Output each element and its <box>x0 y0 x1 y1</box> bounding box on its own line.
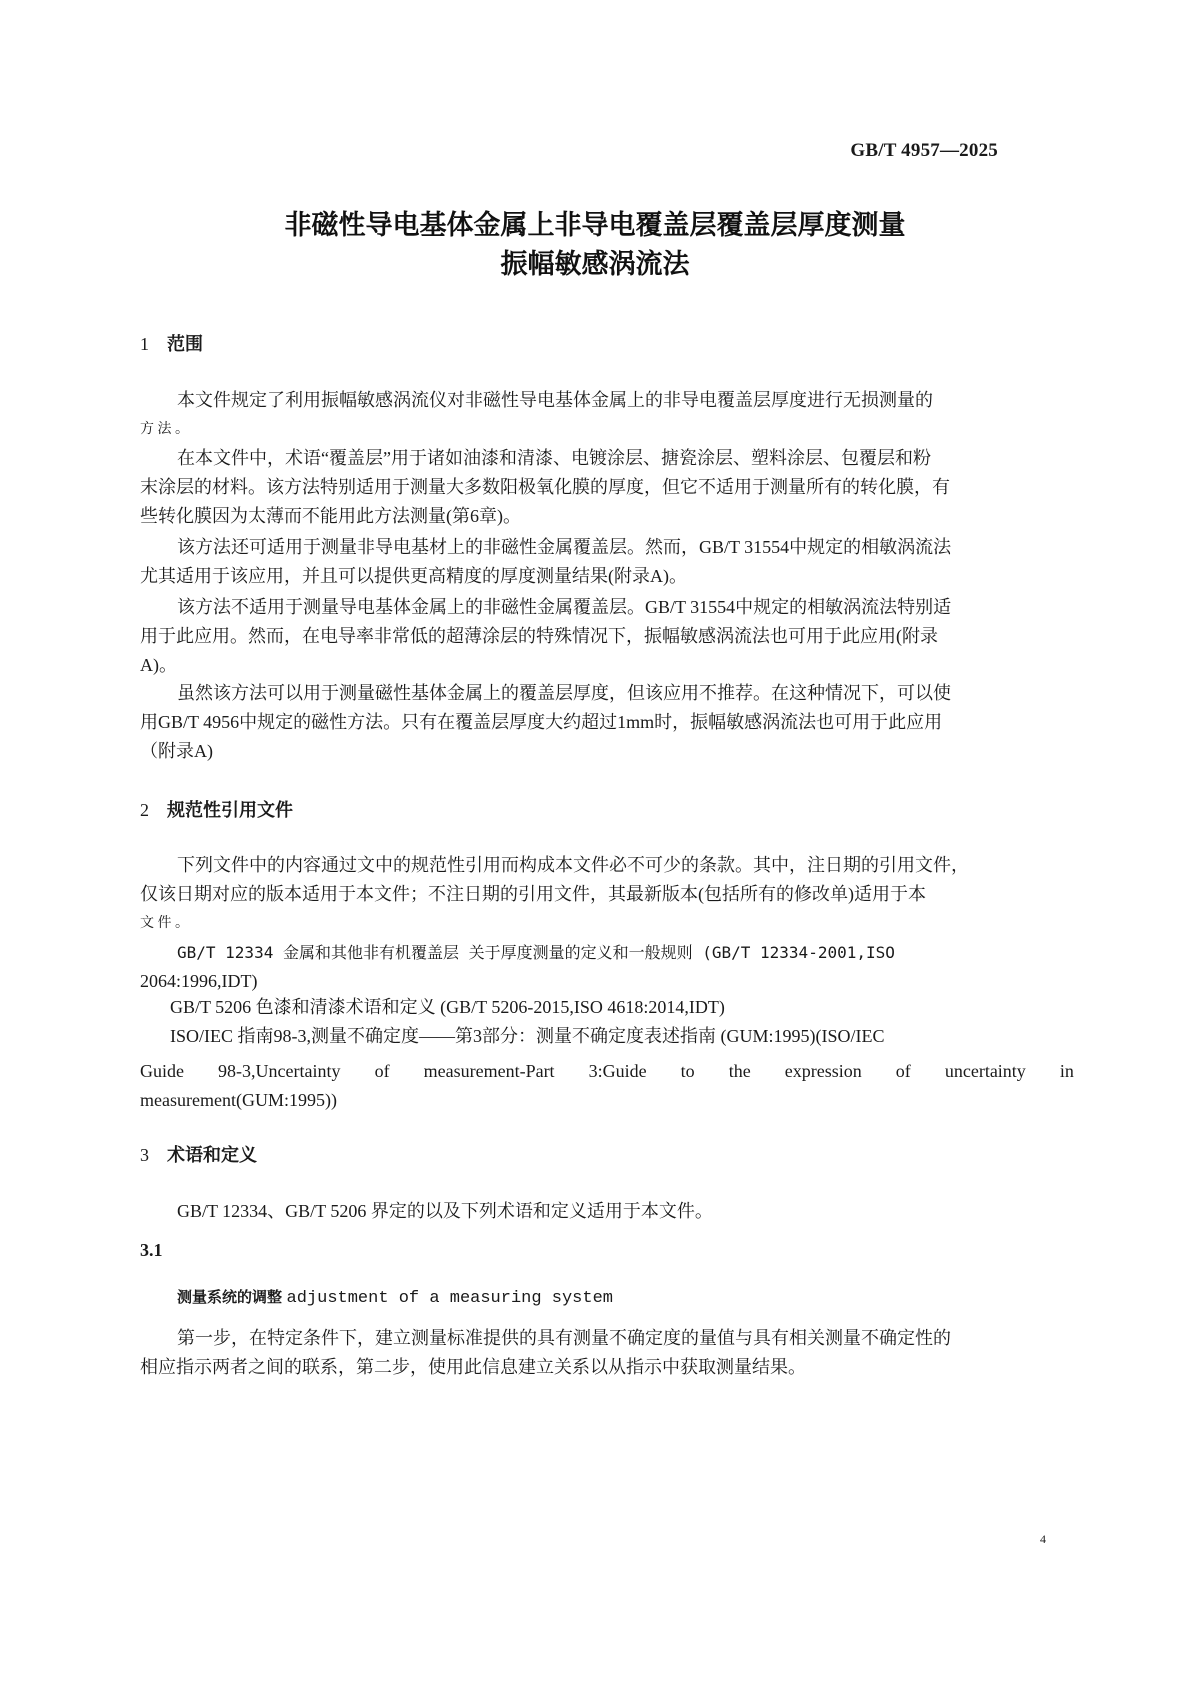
text-line: GB/T 12334 金属和其他非有机覆盖层 关于厚度测量的定义和一般规则 (G… <box>140 938 1074 967</box>
section-2-heading: 2规范性引用文件 <box>140 796 293 822</box>
text-line: 方 法 。 <box>140 415 1074 444</box>
text-line: 本文件规定了利用振幅敏感涡流仪对非磁性导电基体金属上的非导电覆盖层厚度进行无损测… <box>140 386 1074 415</box>
word: of <box>375 1057 390 1086</box>
word: of <box>896 1057 911 1086</box>
text-line: 末涂层的材料。该方法特别适用于测量大多数阳极氧化膜的厚度，但它不适用于测量所有的… <box>140 473 1074 502</box>
reference-item-iso-iec-guide: ISO/IEC 指南98-3,测量不确定度——第3部分：测量不确定度表述指南 (… <box>140 1022 1074 1115</box>
text-line: measurement(GUM:1995)) <box>140 1086 1074 1115</box>
section-3-heading: 3术语和定义 <box>140 1141 257 1167</box>
text-line: 文 件 。 <box>140 909 1074 938</box>
text-line: （附录A) <box>140 737 1074 766</box>
text-line: GB/T 5206 色漆和清漆术语和定义 (GB/T 5206-2015,ISO… <box>140 993 1074 1022</box>
text-line: 虽然该方法可以用于测量磁性基体金属上的覆盖层厚度，但该应用不推荐。在这种情况下，… <box>140 679 1074 708</box>
word: to <box>681 1057 695 1086</box>
term-entry: 测量系统的调整 adjustment of a measuring system <box>140 1282 1074 1313</box>
word: in <box>1060 1057 1074 1086</box>
text-line: ISO/IEC 指南98-3,测量不确定度——第3部分：测量不确定度表述指南 (… <box>140 1022 1074 1051</box>
text-line: A)。 <box>140 651 1074 680</box>
section-title: 术语和定义 <box>167 1145 257 1166</box>
term-title: 测量系统的调整 adjustment of a measuring system <box>140 1282 1074 1313</box>
text-line: 该方法不适用于测量导电基体金属上的非磁性金属覆盖层。GB/T 31554中规定的… <box>140 593 1074 622</box>
section-title: 规范性引用文件 <box>167 800 293 821</box>
word: 98-3,Uncertainty <box>218 1057 340 1086</box>
section-number: 3 <box>140 1145 149 1165</box>
text-line: 该方法还可适用于测量非导电基材上的非磁性金属覆盖层。然而，GB/T 31554中… <box>140 533 1074 562</box>
scope-paragraph-4: 该方法不适用于测量导电基体金属上的非磁性金属覆盖层。GB/T 31554中规定的… <box>140 593 1074 680</box>
document-title-line-2: 振幅敏感涡流法 <box>0 242 1190 281</box>
page-number: 4 <box>1040 1532 1046 1547</box>
word: 3:Guide <box>589 1057 647 1086</box>
word: expression <box>785 1057 862 1086</box>
term-chinese: 测量系统的调整 <box>177 1288 282 1306</box>
text-line: 2064:1996,IDT) <box>140 967 1074 996</box>
section-title: 范围 <box>167 334 203 355</box>
scope-paragraph-2: 在本文件中，术语“覆盖层”用于诸如油漆和清漆、电镀涂层、搪瓷涂层、塑料涂层、包覆… <box>140 444 1074 531</box>
term-english: adjustment of a measuring system <box>287 1289 613 1308</box>
text-line: 相应指示两者之间的联系，第二步，使用此信息建立关系以从指示中获取测量结果。 <box>140 1353 1074 1382</box>
normative-references-intro: 下列文件中的内容通过文中的规范性引用而构成本文件必不可少的条款。其中，注日期的引… <box>140 851 1074 938</box>
reference-item-gbt5206: GB/T 5206 色漆和清漆术语和定义 (GB/T 5206-2015,ISO… <box>140 993 1074 1022</box>
text-line: 第一步，在特定条件下，建立测量标准提供的具有测量不确定度的量值与具有相关测量不确… <box>140 1324 1074 1353</box>
text-line: 仅该日期对应的版本适用于本文件；不注日期的引用文件，其最新版本(包括所有的修改单… <box>140 880 1074 909</box>
word: the <box>729 1057 751 1086</box>
terms-intro: GB/T 12334、GB/T 5206 界定的以及下列术语和定义适用于本文件。 <box>140 1197 1074 1226</box>
scope-paragraph-1: 本文件规定了利用振幅敏感涡流仪对非磁性导电基体金属上的非导电覆盖层厚度进行无损测… <box>140 386 1074 444</box>
section-1-heading: 1范围 <box>140 330 203 356</box>
text-line: 尤其适用于该应用，并且可以提供更高精度的厚度测量结果(附录A)。 <box>140 562 1074 591</box>
text-line-justified: Guide 98-3,Uncertainty of measurement-Pa… <box>140 1057 1074 1086</box>
scope-paragraph-5: 虽然该方法可以用于测量磁性基体金属上的覆盖层厚度，但该应用不推荐。在这种情况下，… <box>140 679 1074 766</box>
word: measurement-Part <box>424 1057 555 1086</box>
section-number: 1 <box>140 334 149 354</box>
section-number: 2 <box>140 800 149 820</box>
scope-paragraph-3: 该方法还可适用于测量非导电基材上的非磁性金属覆盖层。然而，GB/T 31554中… <box>140 533 1074 591</box>
text-line: 下列文件中的内容通过文中的规范性引用而构成本文件必不可少的条款。其中，注日期的引… <box>140 851 1074 880</box>
text-line: 在本文件中，术语“覆盖层”用于诸如油漆和清漆、电镀涂层、搪瓷涂层、塑料涂层、包覆… <box>140 444 1074 473</box>
text-line: GB/T 12334、GB/T 5206 界定的以及下列术语和定义适用于本文件。 <box>140 1197 1074 1226</box>
document-title-line-1: 非磁性导电基体金属上非导电覆盖层覆盖层厚度测量 <box>0 203 1190 242</box>
term-definition: 第一步，在特定条件下，建立测量标准提供的具有测量不确定度的量值与具有相关测量不确… <box>140 1324 1074 1382</box>
word: Guide <box>140 1057 184 1086</box>
text-line: 用GB/T 4956中规定的磁性方法。只有在覆盖层厚度大约超过1mm时，振幅敏感… <box>140 708 1074 737</box>
text-line: 些转化膜因为太薄而不能用此方法测量(第6章)。 <box>140 502 1074 531</box>
term-number: 3.1 <box>140 1240 163 1261</box>
standard-number: GB/T 4957—2025 <box>850 140 998 162</box>
text-line: 用于此应用。然而，在电导率非常低的超薄涂层的特殊情况下，振幅敏感涡流法也可用于此… <box>140 622 1074 651</box>
reference-item-gbt12334: GB/T 12334 金属和其他非有机覆盖层 关于厚度测量的定义和一般规则 (G… <box>140 938 1074 996</box>
word: uncertainty <box>945 1057 1026 1086</box>
